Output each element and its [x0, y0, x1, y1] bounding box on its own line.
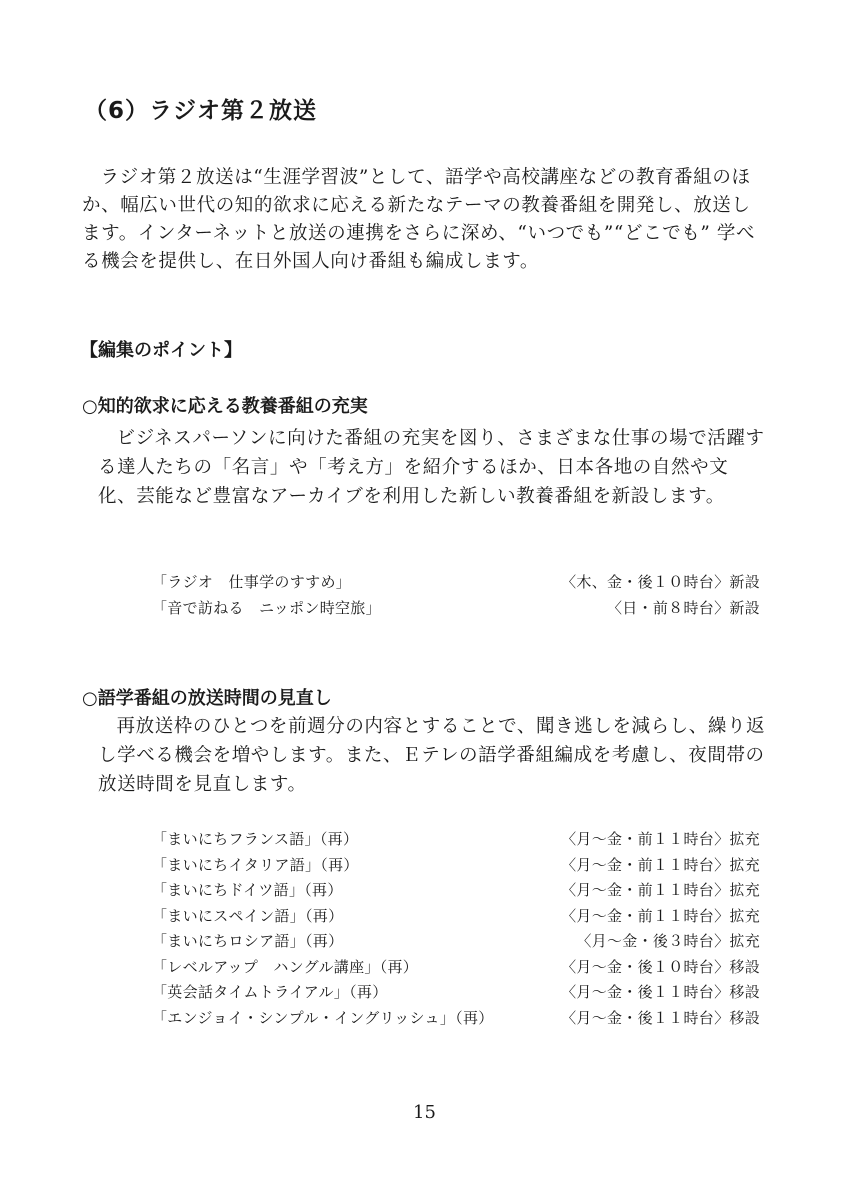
- program-schedule: 〈月～金・前１１時台〉拡充: [561, 854, 760, 875]
- program-row: 「エンジョイ・シンプル・イングリッシュ」（再） 〈月～金・後１１時台〉移設: [152, 1005, 760, 1031]
- document-page: （6）ラジオ第２放送 ラジオ第２放送は“生涯学習波”として、語学や高校講座などの…: [0, 0, 849, 1200]
- section-body-language: 再放送枠のひとつを前週分の内容とすることで、聞き逃しを減らし、繰り返し学べる機会…: [98, 712, 766, 799]
- program-name: 「ラジオ 仕事学のすすめ」: [152, 571, 351, 592]
- program-name: 「英会話タイムトライアル」（再）: [152, 981, 388, 1002]
- program-name: 「まいにちドイツ語」（再）: [152, 879, 343, 900]
- program-row: 「まいにちイタリア語」（再） 〈月～金・前１１時台〉拡充: [152, 852, 760, 878]
- program-schedule: 〈月～金・後１０時台〉移設: [561, 956, 760, 977]
- section-title: （6）ラジオ第２放送: [84, 92, 317, 125]
- program-name: 「まいにちロシア語」（再）: [152, 930, 343, 951]
- program-name: 「まいにスペイン語」（再）: [152, 905, 343, 926]
- section-body-text: ビジネスパーソンに向けた番組の充実を図り、さまざまな仕事の場で活躍する達人たちの…: [98, 424, 766, 511]
- program-name: 「エンジョイ・シンプル・イングリッシュ」（再）: [152, 1007, 494, 1028]
- program-row: 「まいにちロシア語」（再） 〈月～金・後３時台〉拡充: [152, 928, 760, 954]
- page-number: 15: [0, 1102, 849, 1123]
- section-heading-education: ○知的欲求に応える教養番組の充実: [82, 392, 368, 418]
- program-row: 「音で訪ねる ニッポン時空旅」 〈日・前８時台〉新設: [152, 594, 760, 620]
- section-heading-language: ○語学番組の放送時間の見直し: [82, 684, 332, 710]
- program-name: 「音で訪ねる ニッポン時空旅」: [152, 597, 381, 618]
- program-schedule: 〈木、金・後１０時台〉新設: [561, 571, 760, 592]
- program-row: 「まいにちフランス語」（再） 〈月～金・前１１時台〉拡充: [152, 826, 760, 852]
- program-schedule: 〈月～金・後３時台〉拡充: [576, 930, 760, 951]
- program-schedule: 〈月～金・前１１時台〉拡充: [561, 879, 760, 900]
- section-body-text: 再放送枠のひとつを前週分の内容とすることで、聞き逃しを減らし、繰り返し学べる機会…: [98, 712, 766, 799]
- section-body-education: ビジネスパーソンに向けた番組の充実を図り、さまざまな仕事の場で活躍する達人たちの…: [98, 424, 766, 511]
- program-list-language: 「まいにちフランス語」（再） 〈月～金・前１１時台〉拡充 「まいにちイタリア語」…: [152, 826, 760, 1030]
- program-name: 「まいにちフランス語」（再）: [152, 828, 358, 849]
- program-list-education: 「ラジオ 仕事学のすすめ」 〈木、金・後１０時台〉新設 「音で訪ねる ニッポン時…: [152, 568, 760, 620]
- program-row: 「ラジオ 仕事学のすすめ」 〈木、金・後１０時台〉新設: [152, 568, 760, 594]
- program-row: 「まいにスペイン語」（再） 〈月～金・前１１時台〉拡充: [152, 903, 760, 929]
- program-row: 「レベルアップ ハングル講座」（再） 〈月～金・後１０時台〉移設: [152, 954, 760, 980]
- program-schedule: 〈月～金・前１１時台〉拡充: [561, 905, 760, 926]
- program-schedule: 〈月～金・後１１時台〉移設: [561, 981, 760, 1002]
- program-name: 「まいにちイタリア語」（再）: [152, 854, 359, 875]
- program-schedule: 〈月～金・前１１時台〉拡充: [561, 828, 760, 849]
- program-name: 「レベルアップ ハングル講座」（再）: [152, 956, 418, 977]
- program-row: 「まいにちドイツ語」（再） 〈月～金・前１１時台〉拡充: [152, 877, 760, 903]
- intro-text: ラジオ第２放送は“生涯学習波”として、語学や高校講座などの教育番組のほか、幅広い…: [82, 164, 762, 276]
- program-row: 「英会話タイムトライアル」（再） 〈月～金・後１１時台〉移設: [152, 979, 760, 1005]
- program-schedule: 〈日・前８時台〉新設: [607, 597, 760, 618]
- intro-paragraph: ラジオ第２放送は“生涯学習波”として、語学や高校講座などの教育番組のほか、幅広い…: [82, 164, 762, 276]
- points-heading: 【編集のポイント】: [80, 336, 242, 362]
- program-schedule: 〈月～金・後１１時台〉移設: [561, 1007, 760, 1028]
